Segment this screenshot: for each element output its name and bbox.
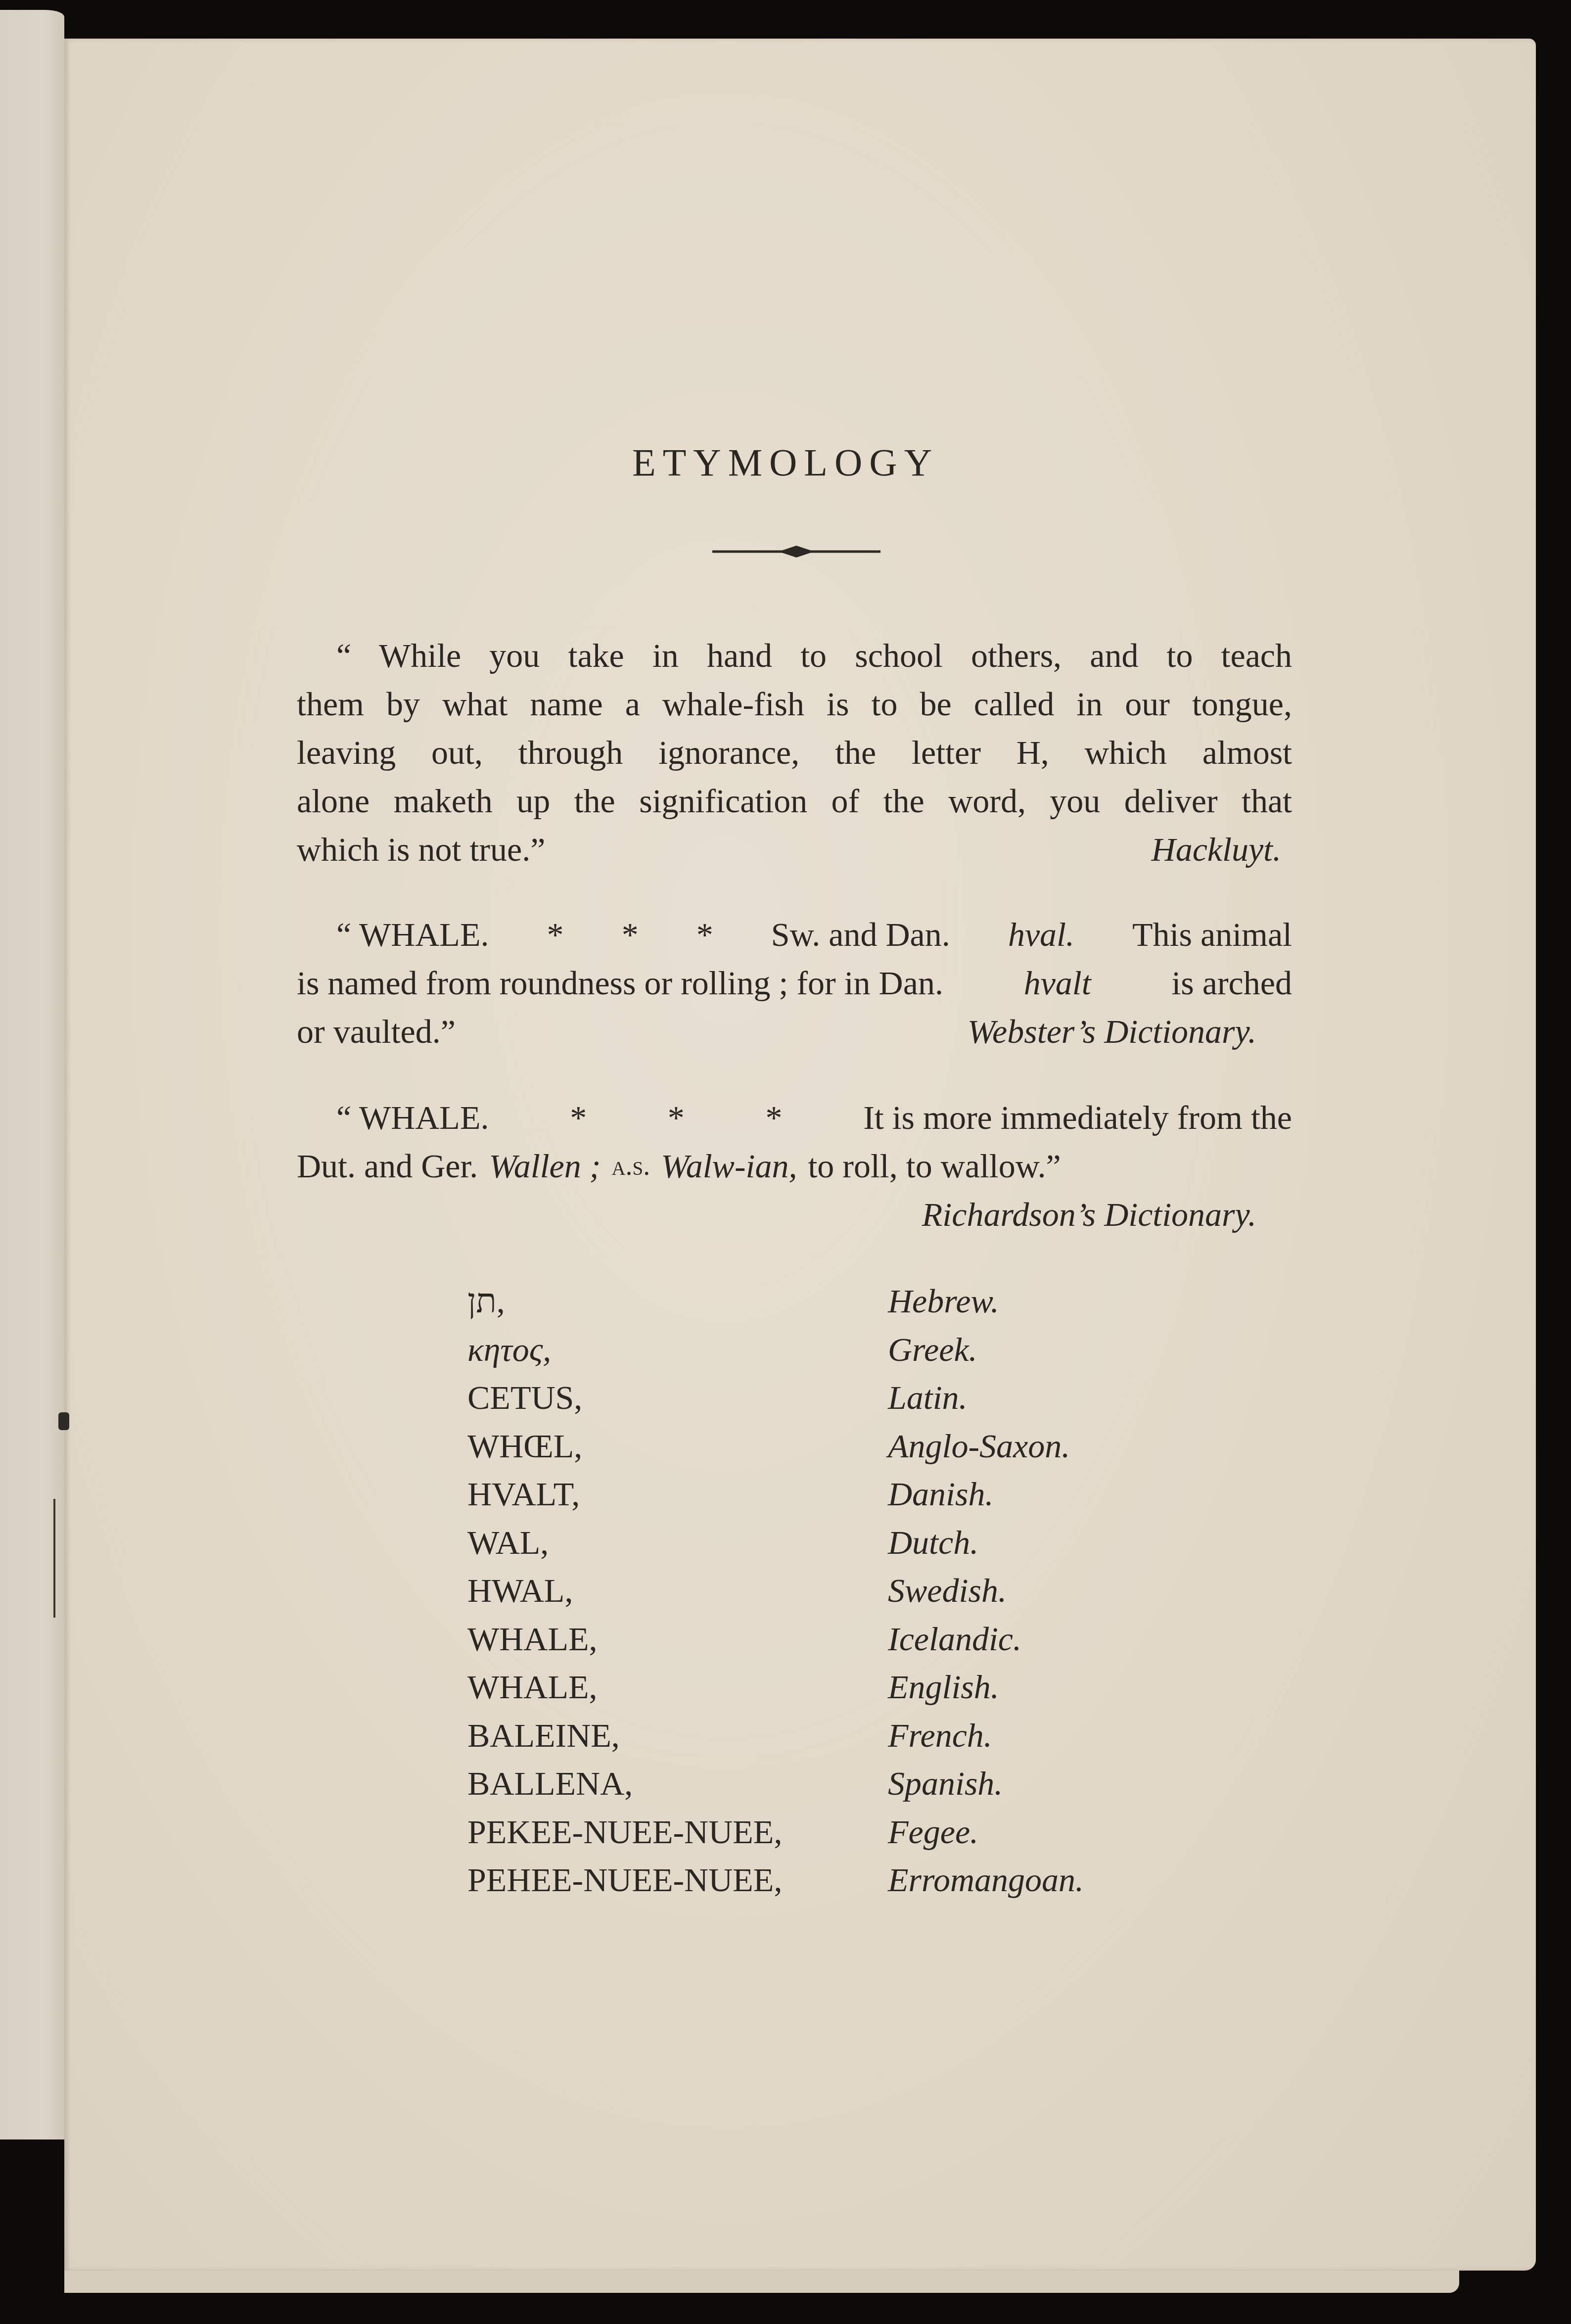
word-cell: PEHEE-NUEE-NUEE, xyxy=(467,1856,782,1905)
ornament-divider-icon xyxy=(712,544,880,559)
table-row: CETUS,Latin. xyxy=(467,1374,1160,1422)
language-cell: Erromangoan. xyxy=(888,1856,1084,1905)
attribution-richardson: Richardson’s Dictionary. xyxy=(742,1190,1256,1239)
table-row: WHALE,English. xyxy=(467,1663,1160,1712)
word-cell: WHŒL, xyxy=(467,1422,582,1471)
quote-line: “ WHALE. * * * It is more immediately fr… xyxy=(297,1093,1292,1142)
quote-line: them by what name a whale-fish is to be … xyxy=(297,680,1292,728)
table-row: κητος,Greek. xyxy=(467,1326,1160,1374)
quote-line: is named from roundness or rolling ; for… xyxy=(297,959,1292,1007)
word-cell: κητος, xyxy=(467,1326,551,1374)
language-cell: Greek. xyxy=(888,1326,977,1374)
table-row: WHŒL,Anglo-Saxon. xyxy=(467,1422,1160,1471)
attribution-hackluyt: Hackluyt. xyxy=(989,825,1281,874)
table-row: WAL,Dutch. xyxy=(467,1519,1160,1567)
language-cell: Dutch. xyxy=(888,1519,978,1567)
language-cell: Spanish. xyxy=(888,1760,1003,1808)
whale-word-table: תן,Hebrew. κητος,Greek. CETUS,Latin. WHŒ… xyxy=(467,1277,1160,1905)
quote-line: alone maketh up the signification of the… xyxy=(297,777,1292,825)
table-row: BALLENA,Spanish. xyxy=(467,1760,1160,1808)
word-cell: WAL, xyxy=(467,1519,549,1567)
page-title: ETYMOLOGY xyxy=(0,440,1571,485)
word-cell: HVALT, xyxy=(467,1470,580,1519)
quote-richardson: “ WHALE. * * * It is more immediately fr… xyxy=(297,1093,1292,1190)
language-cell: English. xyxy=(888,1663,999,1712)
word-cell: HWAL, xyxy=(467,1567,573,1615)
word-cell: CETUS, xyxy=(467,1374,582,1422)
table-row: HWAL,Swedish. xyxy=(467,1567,1160,1615)
language-cell: Latin. xyxy=(888,1374,968,1422)
table-row: HVALT,Danish. xyxy=(467,1470,1160,1519)
attribution-webster: Webster’s Dictionary. xyxy=(791,1007,1256,1056)
quote-line: “ While you take in hand to school other… xyxy=(297,631,1292,680)
word-cell: BALEINE, xyxy=(467,1712,620,1760)
word-cell: WHALE, xyxy=(467,1663,597,1712)
language-cell: Swedish. xyxy=(888,1567,1007,1615)
facing-page-edge xyxy=(0,10,64,2139)
language-cell: Fegee. xyxy=(888,1808,978,1857)
table-row: PEKEE-NUEE-NUEE,Fegee. xyxy=(467,1808,1160,1857)
table-row: WHALE,Icelandic. xyxy=(467,1615,1160,1664)
table-row: BALEINE,French. xyxy=(467,1712,1160,1760)
binding-nick xyxy=(58,1412,69,1430)
quote-line: Dut. and Ger. Wallen ; a.s. Walw-ian, to… xyxy=(297,1142,1187,1190)
language-cell: French. xyxy=(888,1712,992,1760)
word-cell: WHALE, xyxy=(467,1615,597,1664)
binding-mark xyxy=(53,1499,55,1618)
word-cell: תן, xyxy=(467,1277,505,1326)
table-row: PEHEE-NUEE-NUEE,Erromangoan. xyxy=(467,1856,1160,1905)
quote-line: leaving out, through ignorance, the lett… xyxy=(297,728,1292,777)
language-cell: Icelandic. xyxy=(888,1615,1021,1664)
language-cell: Danish. xyxy=(888,1470,993,1519)
word-cell: BALLENA, xyxy=(467,1760,633,1808)
table-row: תן,Hebrew. xyxy=(467,1277,1160,1326)
quote-line: “ WHALE. * * * Sw. and Dan. hval. This a… xyxy=(297,910,1292,959)
language-cell: Anglo-Saxon. xyxy=(888,1422,1070,1471)
language-cell: Hebrew. xyxy=(888,1277,999,1326)
word-cell: PEKEE-NUEE-NUEE, xyxy=(467,1808,782,1857)
